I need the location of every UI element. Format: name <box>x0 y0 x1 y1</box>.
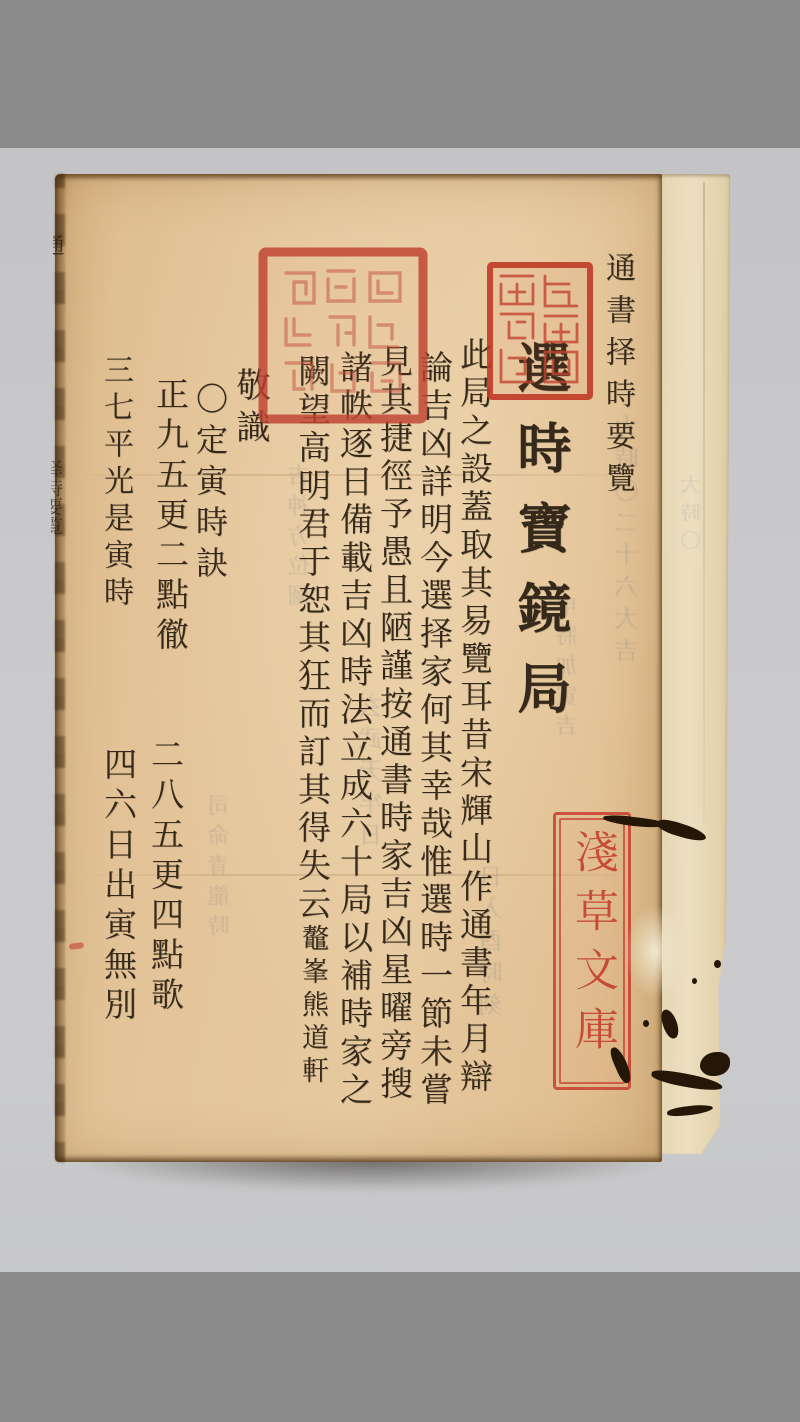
preface-column-5: 闕望高明君于恕其狂而訂其得失云鼇峯熊道軒 <box>289 354 336 1089</box>
worm-damage <box>700 1052 730 1076</box>
bleed-through-text: 司命青龍時 <box>205 794 236 944</box>
verse-line-2: 三七平光是寅時 <box>93 354 137 613</box>
preface-column-5-text: 闕望高明君于恕其狂而訂其得失云 <box>293 354 332 924</box>
worm-hole <box>714 960 721 968</box>
spine-edge-glyph: 通 <box>53 234 67 256</box>
preface-column-4: 諸帙逐日備載吉凶時法立成六十局以補時家之 <box>331 350 378 1110</box>
library-seal: 淺草文庫 <box>553 812 631 1090</box>
header-title: 通書择時要覽 <box>595 252 639 504</box>
author-signature: 鼇峯熊道軒 <box>297 924 328 1089</box>
manuscript-book: 大時〇二十六大吉 申將加寅吉 玄武天牢日 司命青龍時 日入酉時刻 吉神方位圖 大… <box>55 174 728 1162</box>
photo-top-band <box>0 0 800 148</box>
bleed-through-text: 大時〇 <box>677 474 706 558</box>
preface-column-3: 見其捷徑予愚且陋謹按通書時家吉凶星曜旁搜 <box>371 344 418 1104</box>
preface-column-1: 此局之設蓋取其易覽耳昔宋輝山作通書年月辯 <box>451 337 498 1097</box>
collector-seal <box>487 262 593 400</box>
spine-worn-edge <box>55 174 65 1162</box>
photo-bottom-band <box>0 1272 800 1422</box>
spine-edge-glyph: 择時要覧 <box>51 459 66 535</box>
verse-line-1: 正九五更二點徹 <box>147 377 194 657</box>
worm-hole <box>692 978 697 984</box>
worm-hole <box>643 1020 649 1027</box>
verse-line-4: 四六日出寅無別 <box>95 747 142 1027</box>
preface-column-2: 論吉凶詳明今選择家何其幸哉惟選時一節未嘗 <box>411 350 458 1110</box>
library-seal-text: 淺草文庫 <box>560 829 624 1065</box>
verse-line-3: 二八五更四點歌 <box>142 737 189 1017</box>
repair-patch <box>625 904 685 999</box>
large-square-seal <box>258 247 428 424</box>
